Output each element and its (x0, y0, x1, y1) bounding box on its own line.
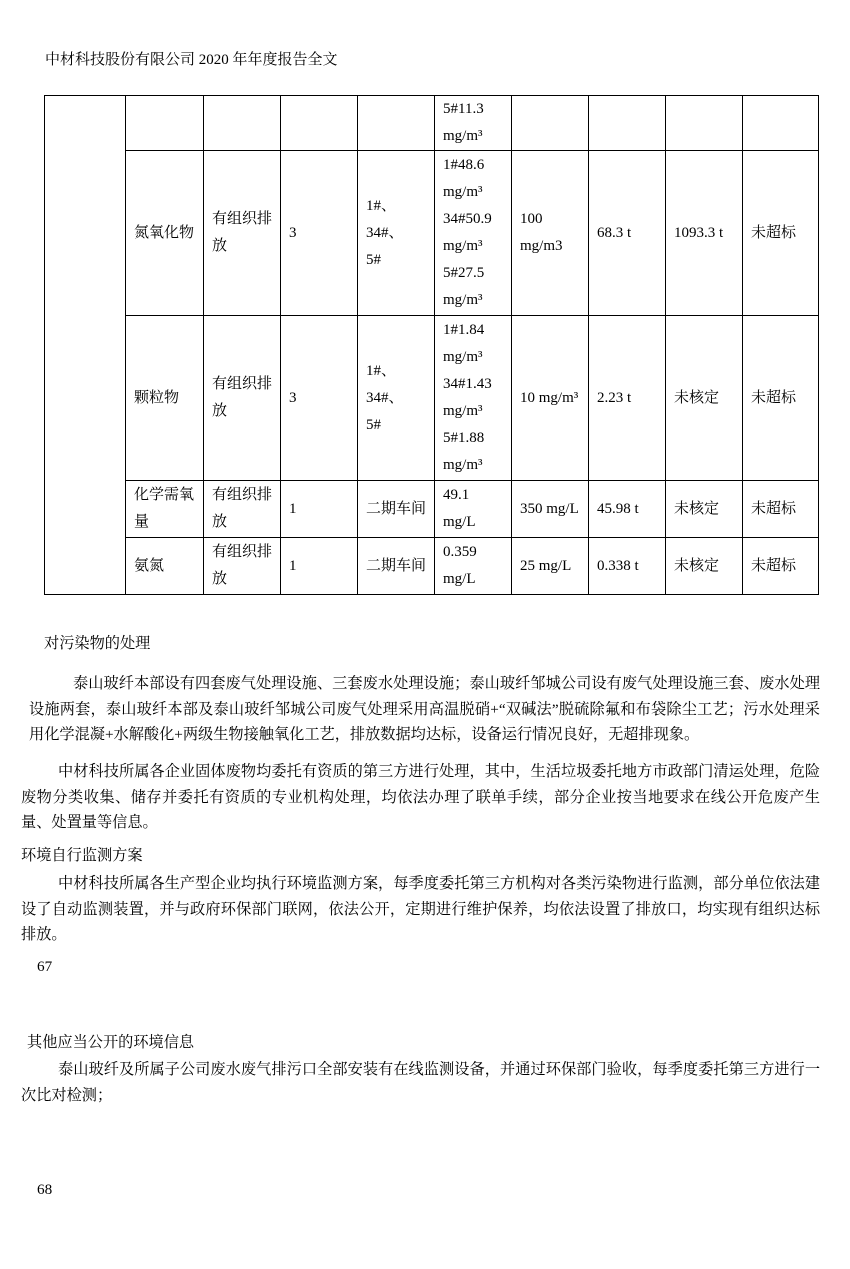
outlet-count-cell: 3 (281, 316, 358, 481)
outlet-distribution-cell (358, 96, 435, 151)
section-heading-other-info: 其他应当公开的环境信息 (27, 1030, 194, 1056)
exceed-status-cell (743, 96, 819, 151)
approved-total-cell (666, 96, 743, 151)
discharge-method-cell: 有组织排 放 (204, 481, 281, 538)
outlet-count-cell: 1 (281, 538, 358, 595)
concentration-cell: 0.359 mg/L (435, 538, 512, 595)
section-heading-self-monitoring: 环境自行监测方案 (21, 843, 143, 869)
discharge-method-cell (204, 96, 281, 151)
pollutant-cell: 氮氧化物 (126, 151, 204, 316)
approved-total-cell: 未核定 (666, 481, 743, 538)
outlet-distribution-cell: 1#、34#、 5# (358, 316, 435, 481)
outlet-count-cell (281, 96, 358, 151)
paragraph-monitoring-plan: 中材科技所属各生产型企业均执行环境监测方案，每季度委托第三方机构对各类污染物进行… (21, 871, 820, 948)
pollutant-cell: 化学需氧 量 (126, 481, 204, 538)
exceed-status-cell: 未超标 (743, 316, 819, 481)
exceed-status-cell: 未超标 (743, 538, 819, 595)
approved-total-cell: 未核定 (666, 316, 743, 481)
pollutant-cell: 颗粒物 (126, 316, 204, 481)
table-row: 5#11.3 mg/m³ (45, 96, 819, 151)
concentration-cell: 49.1 mg/L (435, 481, 512, 538)
total-emission-cell (589, 96, 666, 151)
section-heading-pollutant-treatment: 对污染物的处理 (44, 631, 150, 657)
outlet-distribution-cell: 1#、34#、 5# (358, 151, 435, 316)
outlet-count-cell: 3 (281, 151, 358, 316)
approved-total-cell: 未核定 (666, 538, 743, 595)
outlet-distribution-cell: 二期车间 (358, 538, 435, 595)
pollutant-cell (126, 96, 204, 151)
standard-cell: 25 mg/L (512, 538, 589, 595)
concentration-cell: 5#11.3 mg/m³ (435, 96, 512, 151)
paragraph-treatment-facilities: 泰山玻纤本部设有四套废气处理设施、三套废水处理设施；泰山玻纤邹城公司设有废气处理… (29, 671, 820, 748)
pollutant-emission-table: 5#11.3 mg/m³ 氮氧化物 有组织排 放 3 1#、34#、 5# 1#… (44, 95, 819, 595)
document-page: 中材科技股份有限公司 2020 年年度报告全文 5#11.3 mg/m³ 氮氧化… (0, 0, 850, 1269)
approved-total-cell: 1093.3 t (666, 151, 743, 316)
total-emission-cell: 68.3 t (589, 151, 666, 316)
paragraph-solid-waste: 中材科技所属各企业固体废物均委托有资质的第三方进行处理，其中，生活垃圾委托地方市… (21, 759, 820, 836)
concentration-cell: 1#48.6 mg/m³ 34#50.9 mg/m³ 5#27.5 mg/m³ (435, 151, 512, 316)
standard-cell: 350 mg/L (512, 481, 589, 538)
discharge-method-cell: 有组织排 放 (204, 316, 281, 481)
standard-cell: 10 mg/m³ (512, 316, 589, 481)
discharge-method-cell: 有组织排 放 (204, 151, 281, 316)
report-header-title: 中材科技股份有限公司 2020 年年度报告全文 (45, 50, 338, 70)
table-row: 氮氧化物 有组织排 放 3 1#、34#、 5# 1#48.6 mg/m³ 34… (45, 151, 819, 316)
total-emission-cell: 45.98 t (589, 481, 666, 538)
table-row: 氨氮 有组织排 放 1 二期车间 0.359 mg/L 25 mg/L 0.33… (45, 538, 819, 595)
standard-cell: 100 mg/m3 (512, 151, 589, 316)
page-number-68: 68 (37, 1177, 52, 1203)
table-row: 化学需氧 量 有组织排 放 1 二期车间 49.1 mg/L 350 mg/L … (45, 481, 819, 538)
table-row: 颗粒物 有组织排 放 3 1#、34#、 5# 1#1.84 mg/m³ 34#… (45, 316, 819, 481)
total-emission-cell: 2.23 t (589, 316, 666, 481)
standard-cell (512, 96, 589, 151)
exceed-status-cell: 未超标 (743, 481, 819, 538)
concentration-cell: 1#1.84 mg/m³ 34#1.43 mg/m³ 5#1.88 mg/m³ (435, 316, 512, 481)
pollutant-cell: 氨氮 (126, 538, 204, 595)
outlet-distribution-cell: 二期车间 (358, 481, 435, 538)
page-number-67: 67 (37, 954, 52, 980)
total-emission-cell: 0.338 t (589, 538, 666, 595)
discharge-method-cell: 有组织排 放 (204, 538, 281, 595)
paragraph-online-monitoring: 泰山玻纤及所属子公司废水废气排污口全部安装有在线监测设备，并通过环保部门验收，每… (21, 1057, 820, 1108)
outlet-count-cell: 1 (281, 481, 358, 538)
exceed-status-cell: 未超标 (743, 151, 819, 316)
company-cell (45, 96, 126, 595)
